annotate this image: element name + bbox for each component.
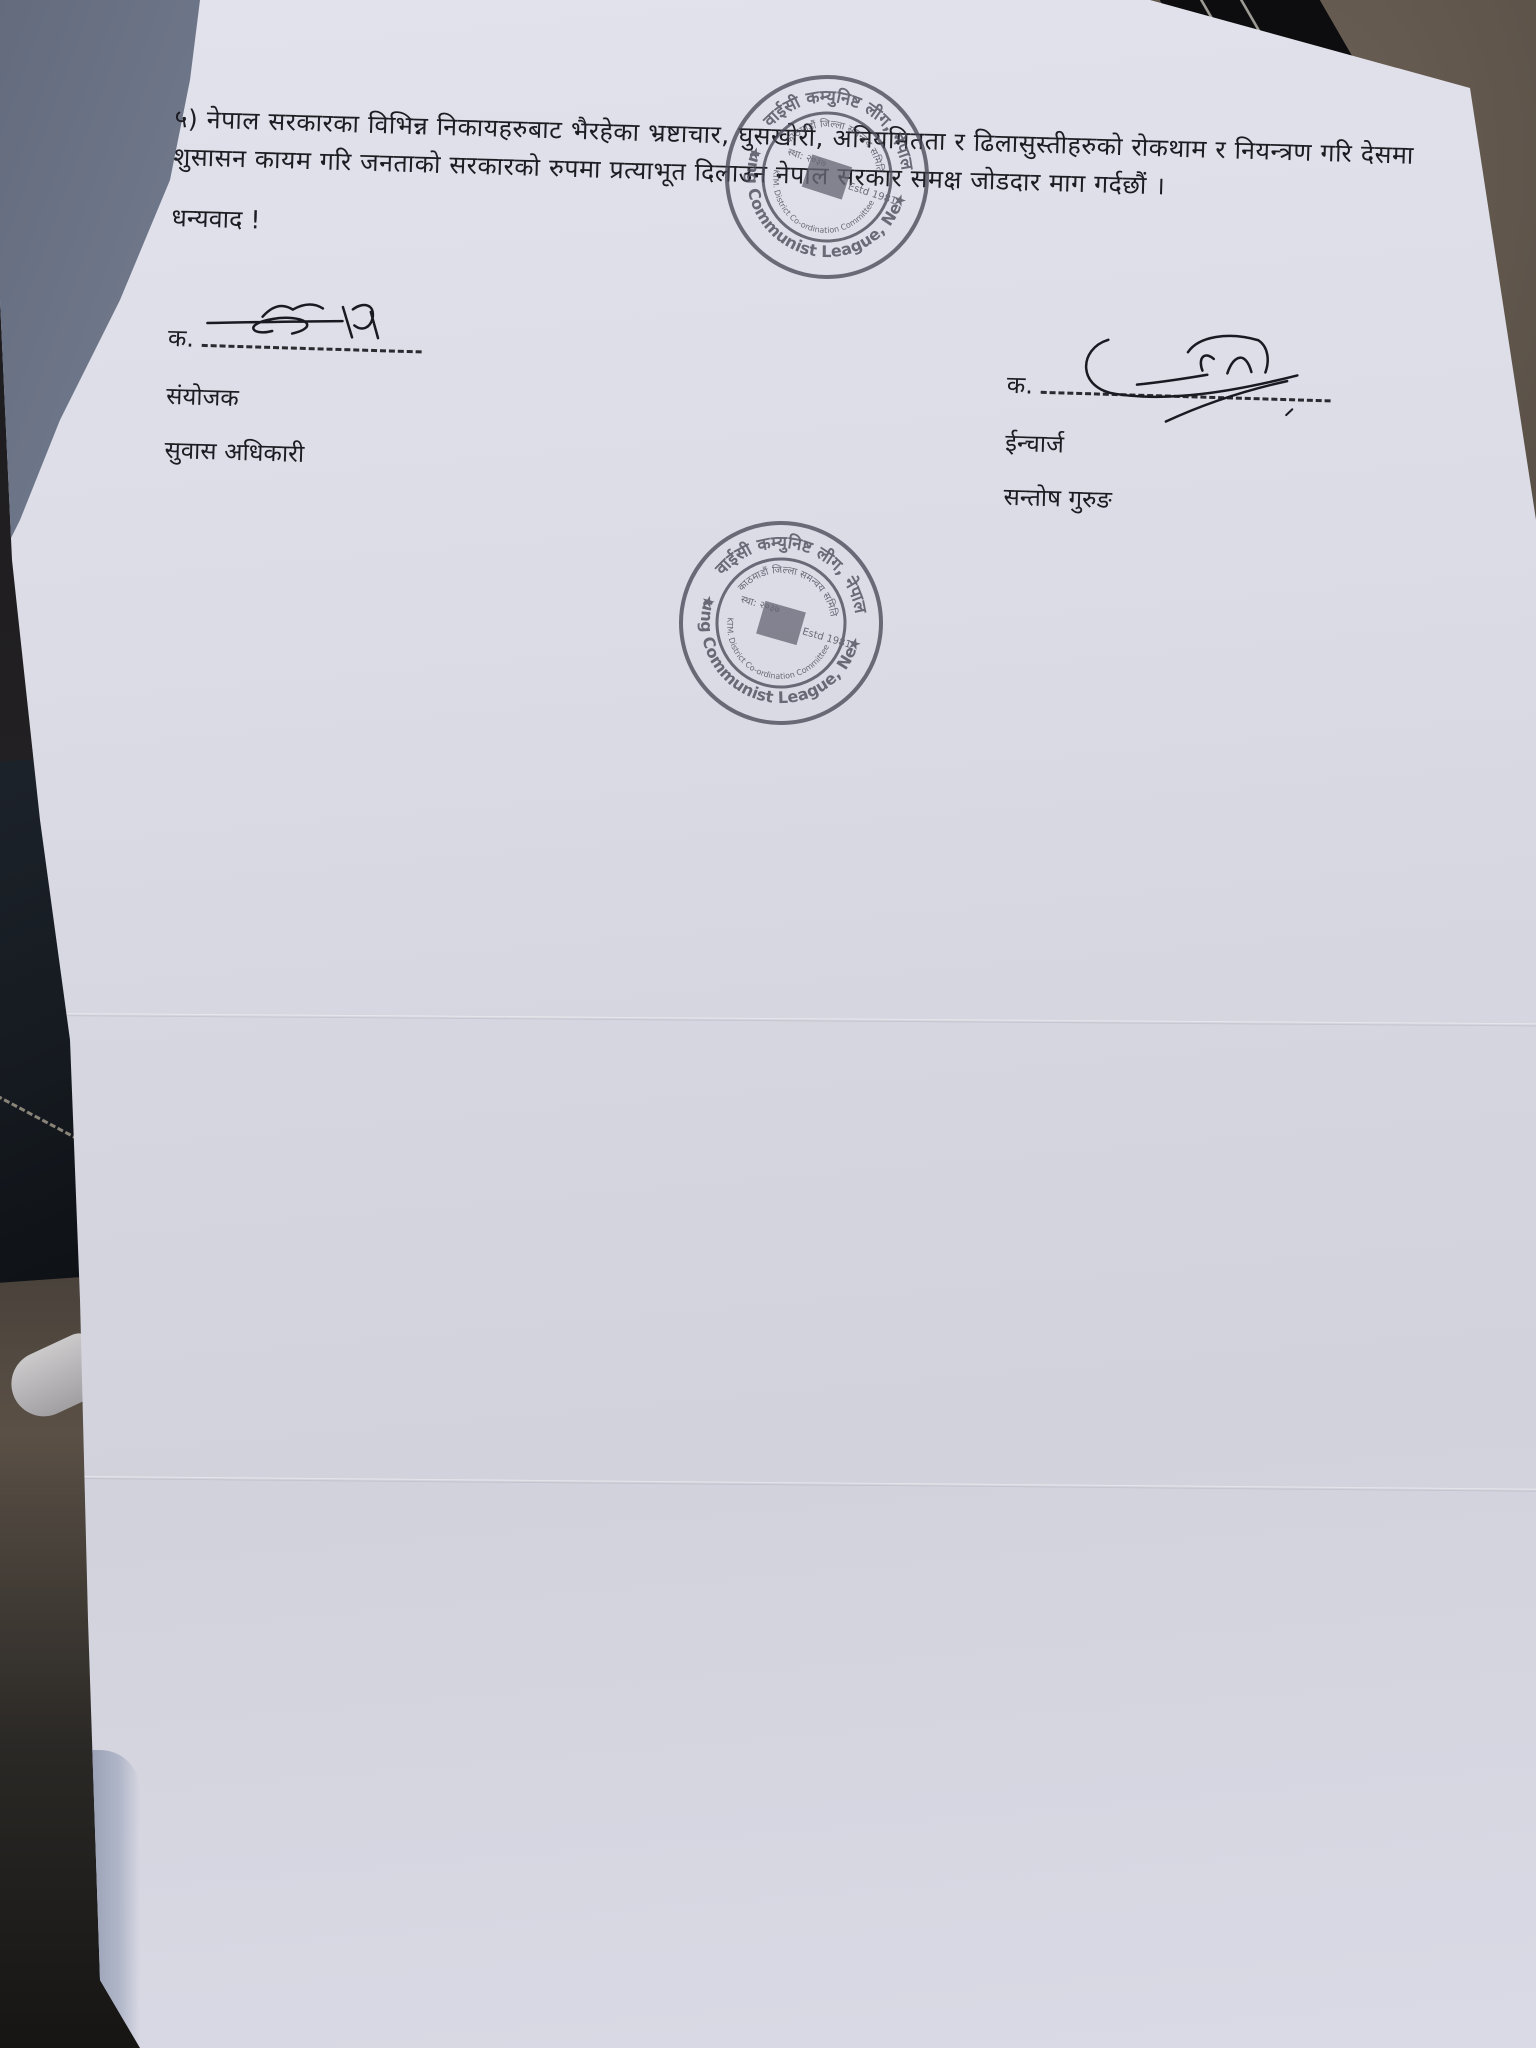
organization-stamp: वाईसी कम्युनिष्ट लीग, नेपाल Young Commun…	[651, 493, 911, 753]
signatory-role: संयोजक	[166, 384, 421, 416]
paper-sheet: ५) नेपाल सरकारका विभिन्न निकायहरुबाट भैर…	[0, 0, 1536, 2048]
signatory-role: ईन्चार्ज	[1005, 431, 1330, 465]
stamp-seal-icon: वाईसी कम्युनिष्ट लीग, नेपाल Young Commun…	[695, 45, 960, 310]
svg-text:वाईसी कम्युनिष्ट लीग, नेपाल: वाईसी कम्युनिष्ट लीग, नेपाल	[708, 512, 886, 621]
signatory-convener: क. संयोजक सुवास अधिकारी	[164, 310, 422, 469]
svg-text:स्था: २०३७: स्था: २०३७	[739, 594, 781, 616]
svg-text:स्था: २०३७: स्था: २०३७	[786, 147, 827, 170]
signatory-incharge: क. ईन्चार्ज सन्तोष गुरुङ	[1003, 357, 1331, 519]
shadow	[0, 0, 260, 560]
handwritten-signature-icon	[1046, 318, 1309, 436]
dashed-line	[202, 344, 422, 354]
svg-text:वाईसी कम्युनिष्ट लीग, नेपाल: वाईसी कम्युनिष्ट लीग, नेपाल	[756, 65, 934, 179]
signature-prefix: क.	[1007, 373, 1034, 398]
paper-fold	[0, 1013, 1536, 1027]
signatory-name: सुवास अधिकारी	[164, 438, 419, 470]
signatory-name: सन्तोष गुरुङ	[1003, 485, 1328, 519]
organization-stamp: वाईसी कम्युनिष्ट लीग, नेपाल Young Commun…	[695, 45, 960, 310]
paper-fold	[0, 1475, 1536, 1491]
signature-line: क.	[168, 310, 423, 358]
stamp-seal-icon: वाईसी कम्युनिष्ट लीग, नेपाल Young Commun…	[651, 493, 911, 753]
signature-prefix: क.	[168, 326, 195, 351]
dashed-line	[1041, 391, 1331, 403]
paragraph-number: ५)	[174, 104, 199, 134]
signature-line: क.	[1007, 357, 1332, 407]
